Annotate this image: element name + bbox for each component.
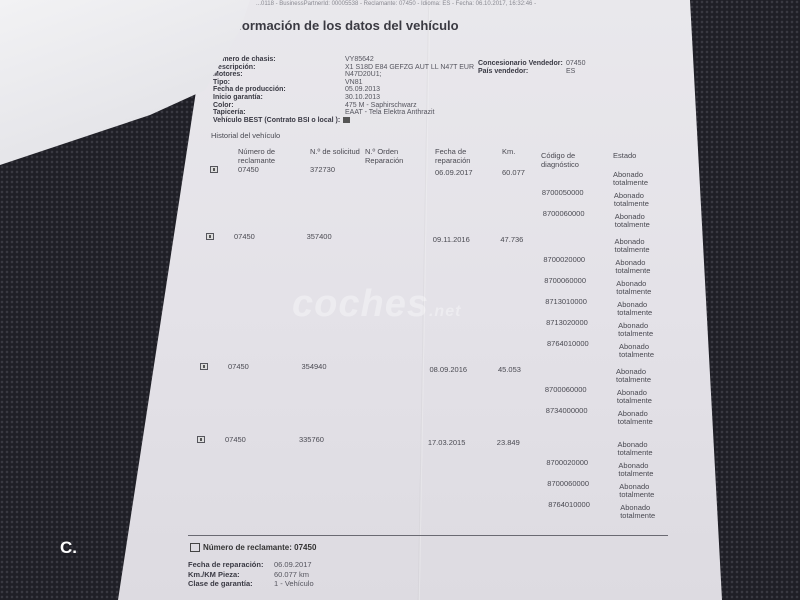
solicitud-cell: 357400 [307, 232, 332, 241]
vehicle-info-value: X1 S18D E84 GEFZG AUT LL N47T EUR [345, 64, 474, 72]
vehicle-info-row: Motores:N47D20U1; [213, 71, 474, 79]
status-cell: Abonado totalmente [617, 389, 663, 406]
page-title: Información de los datos del vehículo [226, 18, 459, 33]
status-cell: Abonado totalmente [615, 238, 661, 255]
expand-row-icon[interactable] [200, 363, 208, 370]
dealer-info-value: 07450 [566, 60, 585, 68]
detail-value: 06.09.2017 [274, 560, 312, 570]
vehicle-info-label: Tapicería: [213, 109, 345, 117]
section-divider [188, 535, 668, 536]
column-header: Número de reclamante [238, 148, 298, 165]
detail-label: Fecha de reparación: [188, 560, 274, 570]
collapse-icon[interactable] [190, 543, 200, 552]
diagnostic-code-cell: 8700020000 [543, 255, 585, 264]
column-header: N.º Orden Reparación [365, 148, 423, 165]
status-cell: Abonado totalmente [613, 171, 659, 188]
km-cell: 47.736 [500, 235, 523, 244]
reclamante-cell: 07450 [228, 362, 249, 371]
diagnostic-code-cell: 8764010000 [548, 500, 590, 509]
expand-row-icon[interactable] [210, 166, 218, 173]
status-cell: Abonado totalmente [619, 343, 665, 360]
vehicle-info-label: Motores: [213, 71, 345, 79]
column-header: Estado [613, 152, 671, 161]
diagnostic-code-cell: 8700060000 [545, 385, 587, 394]
detail-row: Km./KM Pieza:60.077 km [188, 570, 314, 580]
detail-heading[interactable]: Número de reclamante: 07450 [190, 543, 316, 552]
dealer-info-label: País vendedor: [478, 68, 566, 76]
reclamante-cell: 07450 [225, 435, 246, 444]
column-header: Código de diagnóstico [541, 152, 599, 169]
vehicle-info-row: Tapicería:EAAT - Tela Elektra Anthrazit [213, 109, 474, 117]
status-cell: Abonado totalmente [620, 504, 666, 521]
vehicle-info-row: Color:475 M - Saphirschwarz [213, 102, 474, 110]
column-header: Fecha de reparación [435, 148, 493, 165]
vehicle-info-label: Número de chasis: [213, 56, 345, 64]
vehicle-info-row: Descripción:X1 S18D E84 GEFZG AUT LL N47… [213, 64, 474, 72]
status-cell: Abonado totalmente [615, 259, 661, 276]
detail-row: Fecha de reparación:06.09.2017 [188, 560, 314, 570]
detail-label: Clase de garantía: [188, 579, 274, 589]
diagnostic-code-cell: 8734000000 [546, 406, 588, 415]
status-cell: Abonado totalmente [617, 301, 663, 318]
vehicle-info-value: EAAT - Tela Elektra Anthrazit [345, 109, 435, 117]
detail-value: 1 - Vehículo [274, 579, 314, 589]
diagnostic-code-cell: 8713020000 [546, 318, 588, 327]
fecha-cell: 09.11.2016 [433, 235, 470, 244]
status-cell: Abonado totalmente [619, 483, 665, 500]
vehicle-info-value [340, 117, 350, 125]
vehicle-info-value: VY85642 [345, 56, 374, 64]
detail-section: Fecha de reparación:06.09.2017Km./KM Pie… [188, 560, 314, 589]
km-cell: 45.053 [498, 365, 521, 374]
status-cell: Abonado totalmente [615, 213, 661, 230]
vehicle-info-row: Tipo:VN81 [213, 79, 474, 87]
vehicle-info-value: N47D20U1; [345, 71, 382, 79]
document-header-line: ...0118 - BusinessPartnerId: 00005538 - … [256, 1, 536, 7]
vehicle-info-label: Tipo: [213, 79, 345, 87]
vehicle-info-value: VN81 [345, 79, 363, 87]
vehicle-info-row: Número de chasis:VY85642 [213, 56, 474, 64]
detail-row: Clase de garantía:1 - Vehículo [188, 579, 314, 589]
diagnostic-code-cell: 8764010000 [547, 339, 589, 348]
status-cell: Abonado totalmente [618, 410, 664, 427]
reclamante-cell: 07450 [238, 165, 259, 174]
reclamante-cell: 07450 [234, 232, 255, 241]
vehicle-info-value: 475 M - Saphirschwarz [345, 102, 417, 110]
column-header: N.º de solicitud [310, 148, 368, 157]
fecha-cell: 08.09.2016 [430, 365, 468, 374]
solicitud-cell: 335760 [299, 435, 324, 444]
solicitud-cell: 372730 [310, 165, 335, 174]
status-cell: Abonado totalmente [616, 280, 662, 297]
expand-row-icon[interactable] [197, 436, 205, 443]
watermark: coches.net [292, 283, 461, 326]
vehicle-info-label: Descripción: [213, 64, 345, 72]
photo-label: C. [60, 538, 77, 558]
dealer-info-row: Concesionario Vendedor:07450 [478, 60, 585, 68]
dealer-info-row: País vendedor:ES [478, 68, 585, 76]
km-cell: 23.849 [497, 438, 520, 447]
detail-label: Km./KM Pieza: [188, 570, 274, 580]
vehicle-info-label: Inicio garantía: [213, 94, 345, 102]
vehicle-info-row: Fecha de producción:05.09.2013 [213, 86, 474, 94]
solicitud-cell: 354940 [302, 362, 327, 371]
dealer-info-value: ES [566, 68, 575, 76]
status-cell: Abonado totalmente [614, 192, 660, 209]
expand-row-icon[interactable] [206, 233, 214, 240]
vehicle-info-value: 05.09.2013 [345, 86, 380, 94]
diagnostic-code-cell: 8713010000 [545, 297, 587, 306]
diagnostic-code-cell: 8700020000 [546, 458, 588, 467]
km-cell: 60.077 [502, 168, 525, 177]
diagnostic-code-cell: 8700060000 [547, 479, 589, 488]
detail-value: 60.077 km [274, 570, 309, 580]
status-cell: Abonado totalmente [618, 462, 664, 479]
checkbox-icon[interactable] [343, 117, 350, 123]
diagnostic-code-cell: 8700060000 [544, 276, 586, 285]
status-cell: Abonado totalmente [618, 441, 664, 458]
history-title: Historial del vehículo [211, 131, 280, 140]
vehicle-info-value: 30.10.2013 [345, 94, 380, 102]
vehicle-info-label: Color: [213, 102, 345, 110]
vehicle-info-row: Vehículo BEST (Contrato BSI o local ): [213, 117, 474, 125]
vehicle-info-label: Fecha de producción: [213, 86, 345, 94]
vehicle-info: Número de chasis:VY85642Descripción:X1 S… [213, 56, 474, 124]
status-cell: Abonado totalmente [618, 322, 664, 339]
fecha-cell: 06.09.2017 [435, 168, 473, 177]
dealer-info-label: Concesionario Vendedor: [478, 60, 566, 68]
vehicle-info-label: Vehículo BEST (Contrato BSI o local ): [213, 117, 340, 125]
diagnostic-code-cell: 8700060000 [543, 209, 585, 218]
diagnostic-code-cell: 8700050000 [542, 188, 584, 197]
vehicle-info-row: Inicio garantía:30.10.2013 [213, 94, 474, 102]
fecha-cell: 17.03.2015 [428, 438, 466, 447]
status-cell: Abonado totalmente [616, 368, 662, 385]
dealer-info: Concesionario Vendedor:07450País vendedo… [478, 60, 585, 75]
